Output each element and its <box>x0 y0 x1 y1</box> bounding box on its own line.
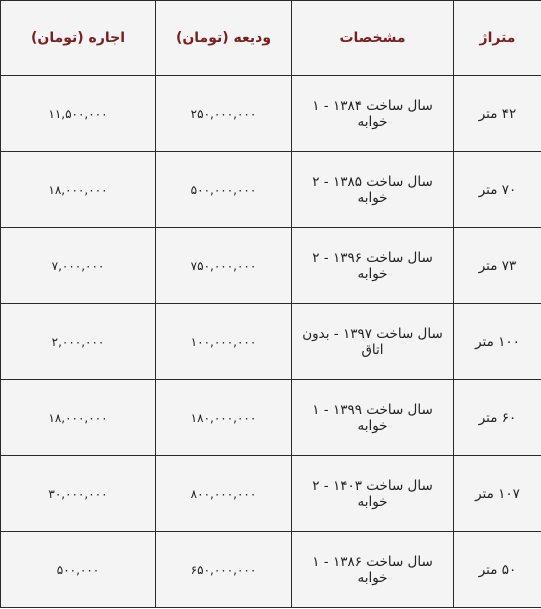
cell-specs: سال ساخت ۱۳۹۷ - بدون اتاق <box>292 304 454 380</box>
header-area: متراژ <box>454 1 541 76</box>
cell-deposit: ۱۸۰,۰۰۰,۰۰۰ <box>156 380 292 456</box>
cell-deposit: ۷۵۰,۰۰۰,۰۰۰ <box>156 228 292 304</box>
cell-deposit: ۵۰۰,۰۰۰,۰۰۰ <box>156 152 292 228</box>
cell-rent: ۱۸,۰۰۰,۰۰۰ <box>1 380 156 456</box>
rental-listings-table: متراژ مشخصات ودیعه (تومان) اجاره (تومان)… <box>0 0 541 608</box>
cell-rent: ۱۸,۰۰۰,۰۰۰ <box>1 152 156 228</box>
cell-specs: سال ساخت ۱۳۸۵ - ۲ خوابه <box>292 152 454 228</box>
header-specs: مشخصات <box>292 1 454 76</box>
cell-area: ۵۰ متر <box>454 532 541 608</box>
cell-rent: ۳۰,۰۰۰,۰۰۰ <box>1 456 156 532</box>
table-row: ۷۳ متر سال ساخت ۱۳۹۶ - ۲ خوابه ۷۵۰,۰۰۰,۰… <box>1 228 541 304</box>
cell-specs: سال ساخت ۱۳۹۶ - ۲ خوابه <box>292 228 454 304</box>
cell-specs: سال ساخت ۱۳۸۶ - ۱ خوابه <box>292 532 454 608</box>
table-row: ۶۰ متر سال ساخت ۱۳۹۹ - ۱ خوابه ۱۸۰,۰۰۰,۰… <box>1 380 541 456</box>
cell-specs: سال ساخت ۱۴۰۳ - ۲ خوابه <box>292 456 454 532</box>
cell-deposit: ۶۵۰,۰۰۰,۰۰۰ <box>156 532 292 608</box>
cell-rent: ۱۱,۵۰۰,۰۰۰ <box>1 76 156 152</box>
header-deposit: ودیعه (تومان) <box>156 1 292 76</box>
header-rent: اجاره (تومان) <box>1 1 156 76</box>
cell-rent: ۲,۰۰۰,۰۰۰ <box>1 304 156 380</box>
cell-specs: سال ساخت ۱۳۸۴ - ۱ خوابه <box>292 76 454 152</box>
table-row: ۴۲ متر سال ساخت ۱۳۸۴ - ۱ خوابه ۲۵۰,۰۰۰,۰… <box>1 76 541 152</box>
cell-area: ۷۳ متر <box>454 228 541 304</box>
cell-area: ۴۲ متر <box>454 76 541 152</box>
cell-area: ۱۰۷ متر <box>454 456 541 532</box>
cell-specs: سال ساخت ۱۳۹۹ - ۱ خوابه <box>292 380 454 456</box>
table-row: ۷۰ متر سال ساخت ۱۳۸۵ - ۲ خوابه ۵۰۰,۰۰۰,۰… <box>1 152 541 228</box>
table-row: ۵۰ متر سال ساخت ۱۳۸۶ - ۱ خوابه ۶۵۰,۰۰۰,۰… <box>1 532 541 608</box>
cell-rent: ۵۰۰,۰۰۰ <box>1 532 156 608</box>
table-row: ۱۰۰ متر سال ساخت ۱۳۹۷ - بدون اتاق ۱۰۰,۰۰… <box>1 304 541 380</box>
cell-area: ۶۰ متر <box>454 380 541 456</box>
cell-deposit: ۱۰۰,۰۰۰,۰۰۰ <box>156 304 292 380</box>
cell-rent: ۷,۰۰۰,۰۰۰ <box>1 228 156 304</box>
cell-deposit: ۸۰۰,۰۰۰,۰۰۰ <box>156 456 292 532</box>
table-row: ۱۰۷ متر سال ساخت ۱۴۰۳ - ۲ خوابه ۸۰۰,۰۰۰,… <box>1 456 541 532</box>
cell-deposit: ۲۵۰,۰۰۰,۰۰۰ <box>156 76 292 152</box>
cell-area: ۷۰ متر <box>454 152 541 228</box>
header-row: متراژ مشخصات ودیعه (تومان) اجاره (تومان) <box>1 1 541 76</box>
cell-area: ۱۰۰ متر <box>454 304 541 380</box>
